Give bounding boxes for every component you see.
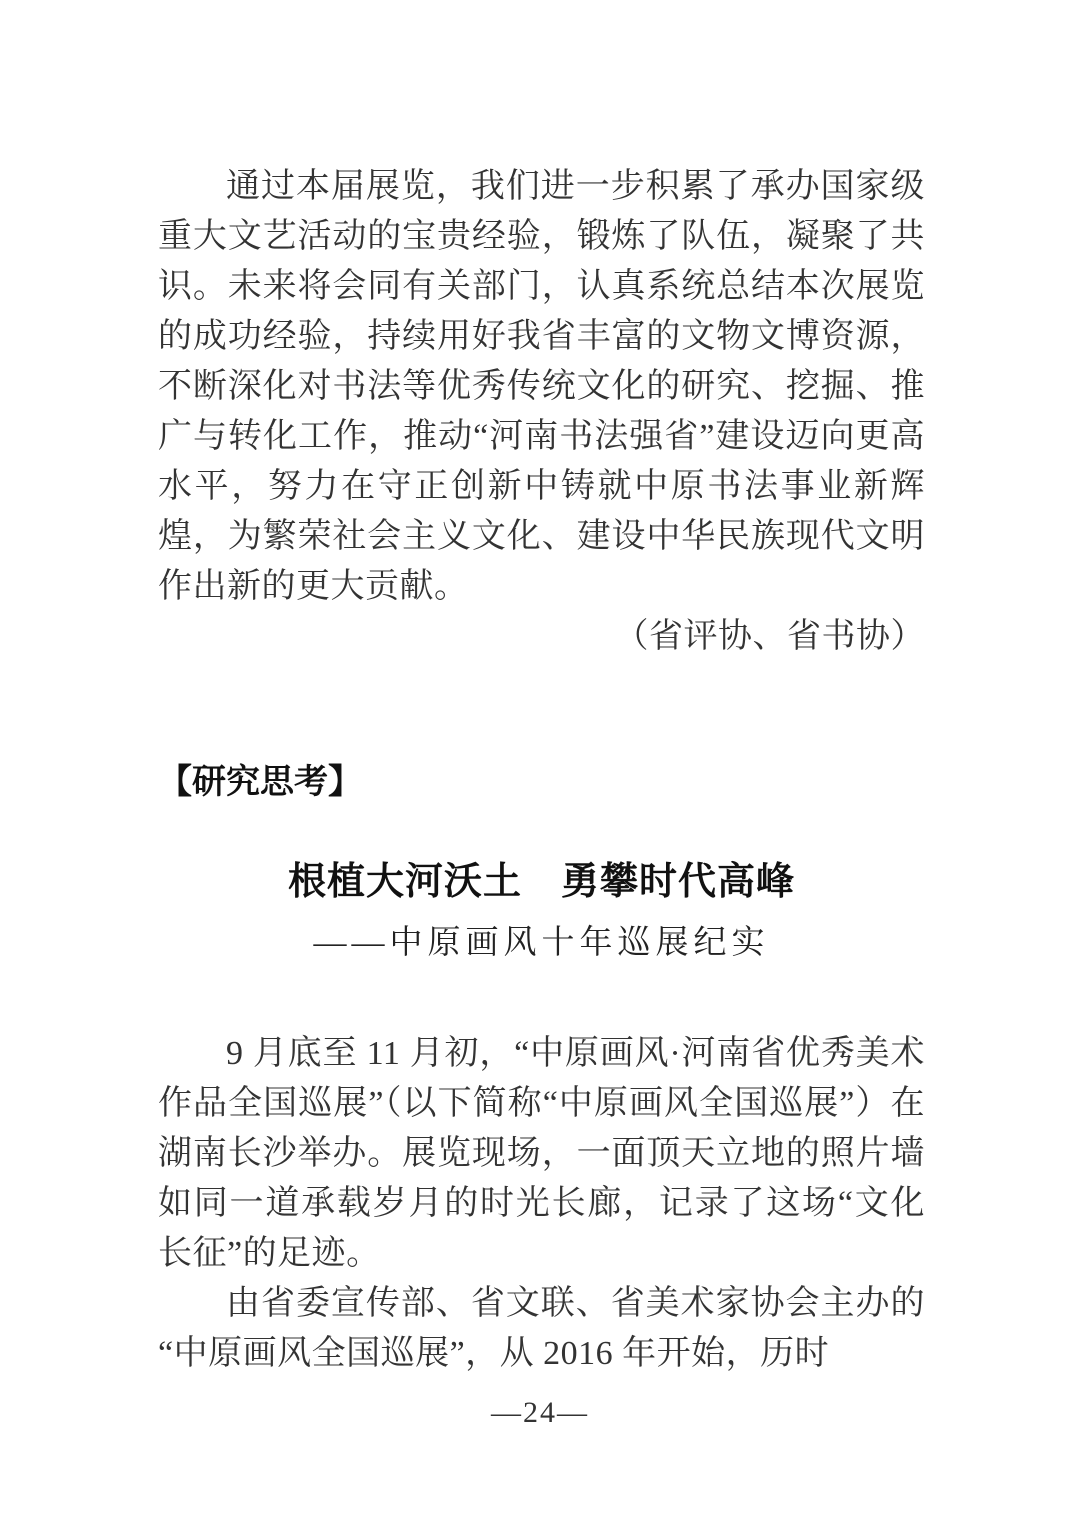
article2-paragraph-1: 9 月底至 11 月初，“中原画风·河南省优秀美术作品全国巡展”（以下简称“中原…	[158, 1029, 925, 1279]
article1-paragraph: 通过本届展览，我们进一步积累了承办国家级重大文艺活动的宝贵经验，锻炼了队伍，凝聚…	[158, 162, 925, 612]
section-heading: 【研究思考】	[158, 762, 925, 802]
article2-title: 根植大河沃土 勇攀时代高峰	[158, 859, 925, 905]
page-content: 通过本届展览，我们进一步积累了承办国家级重大文艺活动的宝贵经验，锻炼了队伍，凝聚…	[158, 0, 925, 1379]
article1-attribution: （省评协、省书协）	[158, 612, 925, 662]
article2-paragraph-2: 由省委宣传部、省文联、省美术家协会主办的“中原画风全国巡展”，从 2016 年开…	[158, 1279, 925, 1379]
article2-subtitle: ——中原画风十年巡展纪实	[158, 922, 925, 964]
page-number: —24—	[0, 1395, 1080, 1431]
document-page: 通过本届展览，我们进一步积累了承办国家级重大文艺活动的宝贵经验，锻炼了队伍，凝聚…	[0, 0, 1080, 1525]
